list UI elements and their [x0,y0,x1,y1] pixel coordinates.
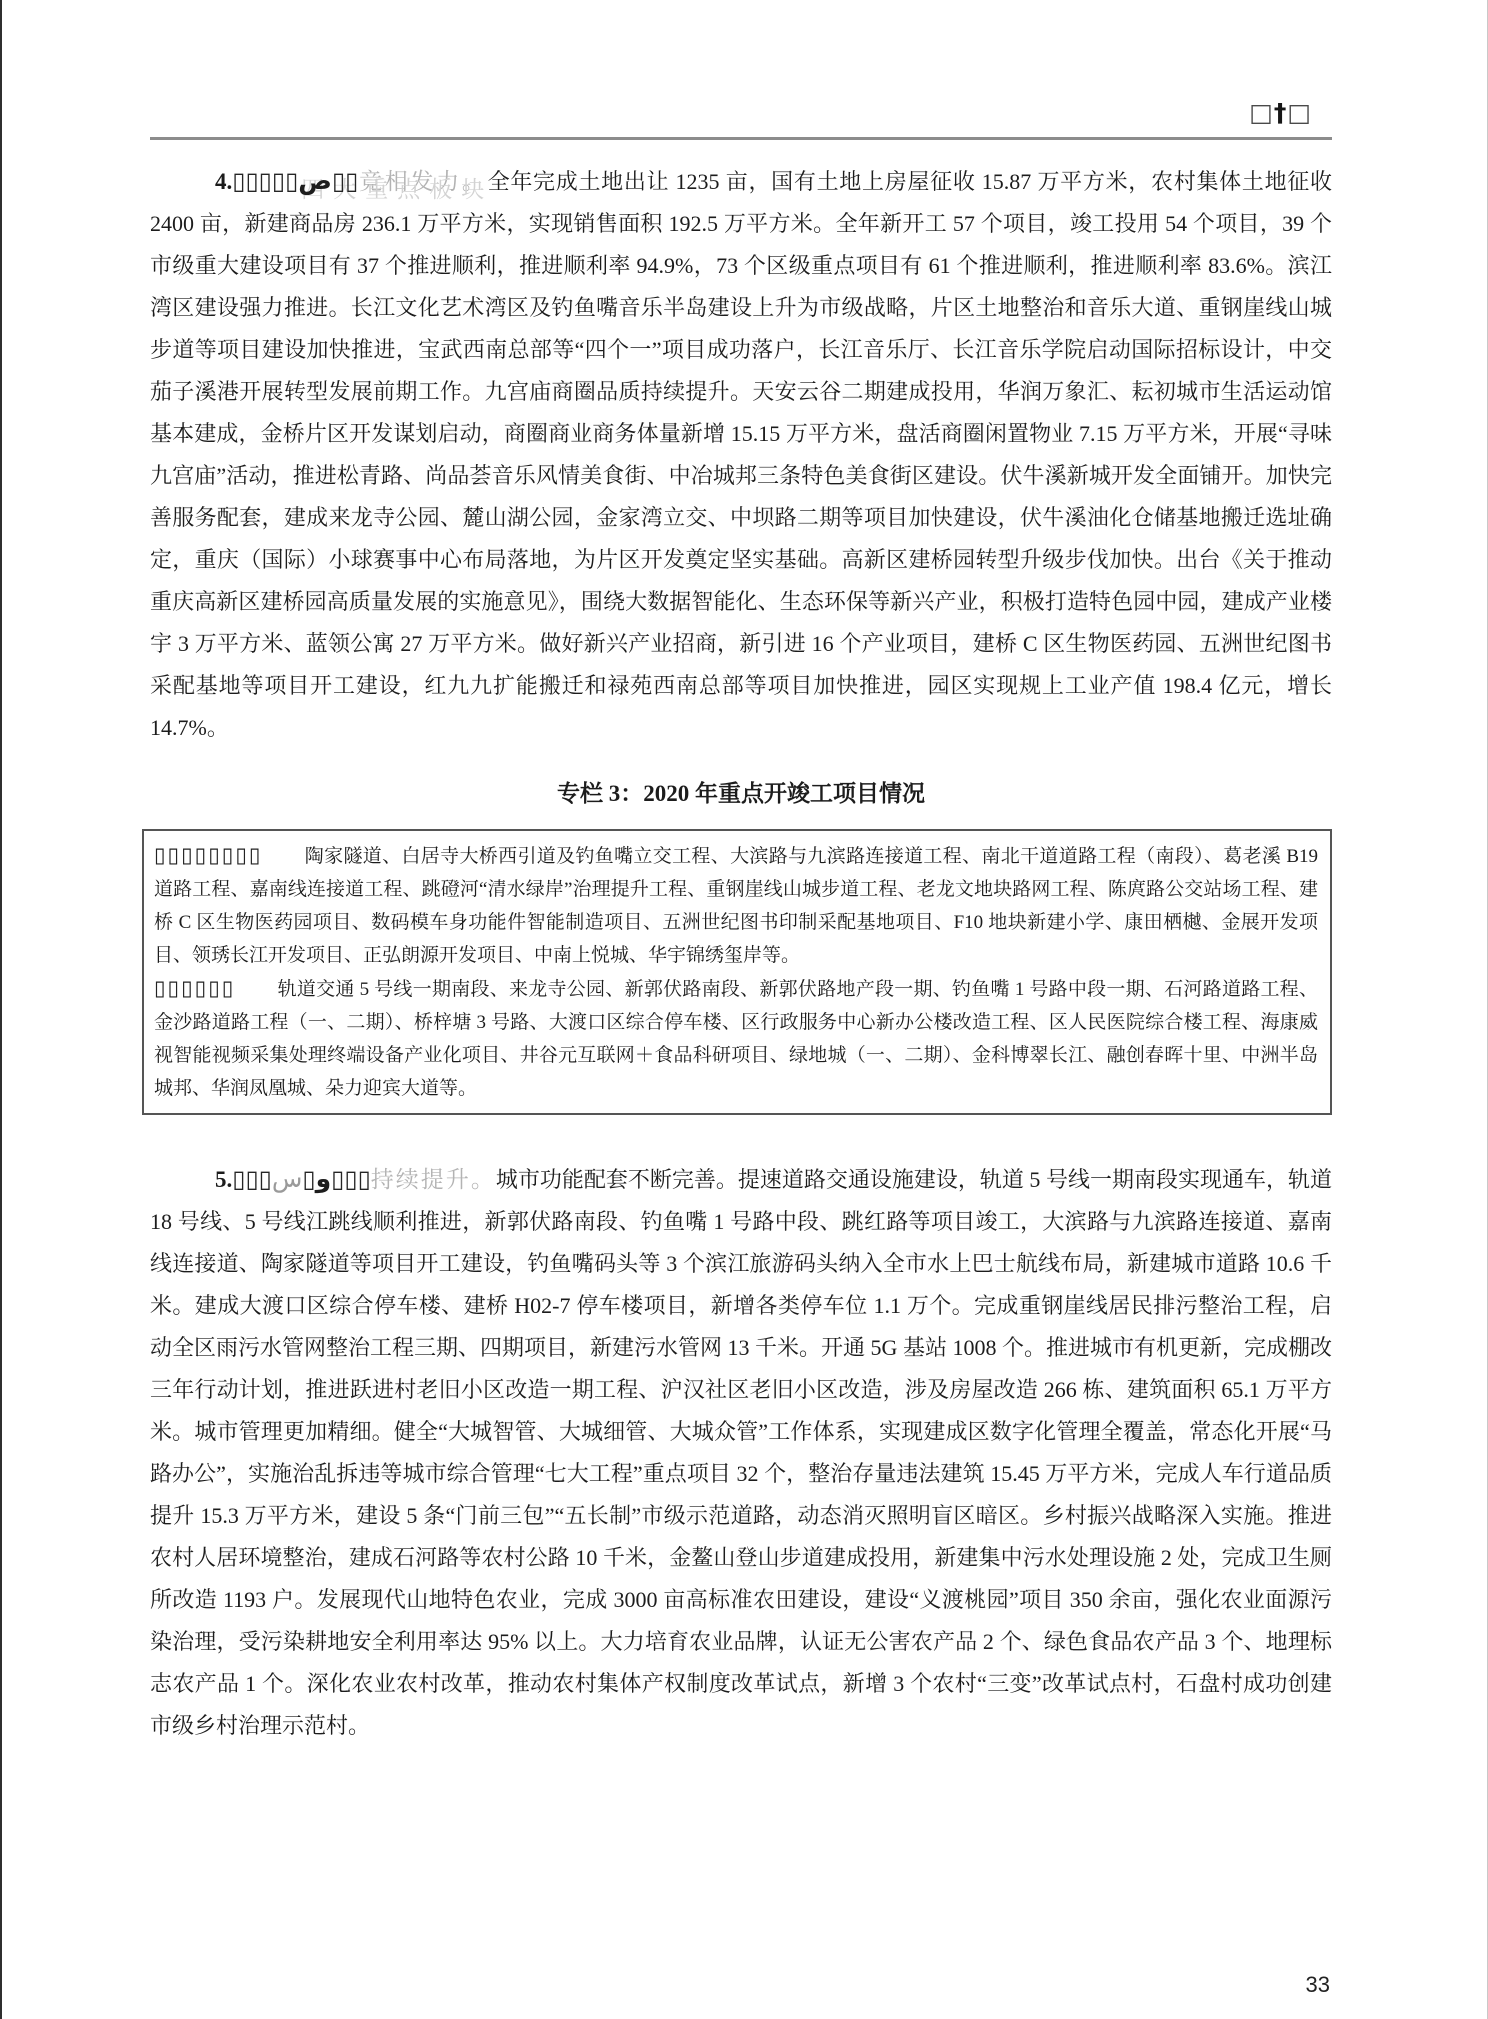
projects-panel: ▯▯▯▯▯▯▯▯陶家隧道、白居寺大桥西引道及钓鱼嘴立交工程、大滨路与九滨路连接道… [142,829,1332,1115]
page-number: 33 [1306,1972,1330,1998]
missing-glyph-run: ▯▯ [332,167,358,195]
missing-glyph-label: ▯▯▯▯▯▯▯▯ [154,843,262,867]
paragraph-4: 4.四大重点板块▯▯▯▯▯ص▯▯竞相发力。全年完成土地出让 1235 亩，国有土… [150,160,1332,749]
missing-glyph-run: ▯▯▯▯▯ [232,167,298,195]
faint-heading-text: 持续提升。 [371,1167,496,1192]
missing-glyph-run: ▯ [302,1165,315,1193]
header-missing-glyphs: □†□ [1249,98,1312,127]
panel-section-1: ▯▯▯▯▯▯▯▯陶家隧道、白居寺大桥西引道及钓鱼嘴立交工程、大滨路与九滨路连接道… [154,839,1318,972]
missing-glyph: □ [1249,98,1274,127]
panel-section-1-text: 陶家隧道、白居寺大桥西引道及钓鱼嘴立交工程、大滨路与九滨路连接道工程、南北干道道… [154,846,1318,966]
paragraph-5: 5.▯▯▯و▯س▯▯▯持续提升。城市功能配套不断完善。提速道路交通设施建设，轨道… [150,1158,1332,1747]
panel-title: 专栏 3：2020 年重点开竣工项目情况 [150,779,1332,809]
scan-edge-left [0,0,2,2019]
item-number-4: 4. [215,169,232,194]
panel-section-2: ▯▯▯▯▯▯轨道交通 5 号线一期南段、来龙寺公园、新郭伏路南段、新郭伏路地产段… [154,972,1318,1105]
paragraph-5-text: 城市功能配套不断完善。提速道路交通设施建设，轨道 5 号线一期南段实现通车，轨道… [150,1167,1332,1738]
garbled-heading-5: ▯▯▯و▯س▯▯▯ [232,1167,371,1192]
dagger-glyph: † [1274,98,1288,127]
arabic-seen-glyph: س [272,1164,303,1193]
panel-section-2-text: 轨道交通 5 号线一期南段、来龙寺公园、新郭伏路南段、新郭伏路地产段一期、钓鱼嘴… [154,979,1318,1099]
page-content: 4.四大重点板块▯▯▯▯▯ص▯▯竞相发力。全年完成土地出让 1235 亩，国有土… [150,160,1332,1747]
garbled-heading-4: 四大重点板块▯▯▯▯▯ص▯▯ [232,169,358,194]
missing-glyph-run: ▯▯▯ [331,1165,371,1193]
arabic-swirl-glyph: ص [298,166,332,195]
arabic-waw-glyph: و [316,1164,332,1193]
header-rule [150,137,1332,140]
item-number-5: 5. [215,1167,232,1192]
missing-glyph: □ [1287,98,1312,127]
document-page: □†□ 4.四大重点板块▯▯▯▯▯ص▯▯竞相发力。全年完成土地出让 1235 亩… [0,0,1488,2019]
missing-glyph-label: ▯▯▯▯▯▯ [154,976,235,1000]
paragraph-4-text: 全年完成土地出让 1235 亩，国有土地上房屋征收 15.87 万平方米，农村集… [150,169,1332,740]
missing-glyph-run: ▯▯▯ [232,1165,272,1193]
